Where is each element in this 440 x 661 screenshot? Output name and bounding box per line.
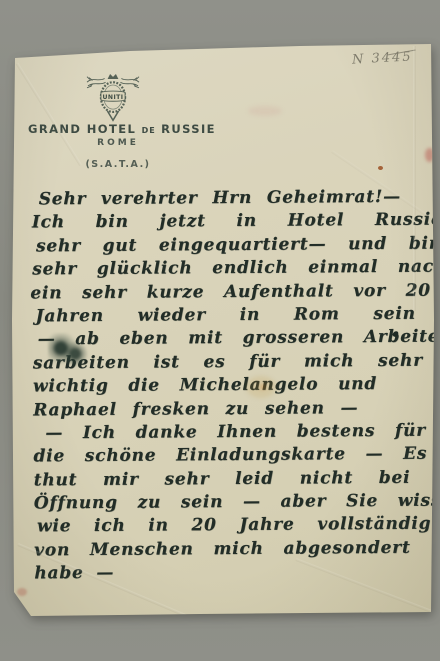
ink-blot: [48, 333, 88, 369]
red-smudge: [425, 148, 434, 162]
letterhead: GRAND HOTEL DE RUSSIE ROME (S.A.T.A.): [28, 122, 208, 170]
handwriting-line: Öffnung zu sein — aber Sie wissen: [34, 490, 434, 516]
rust-speck: [378, 166, 383, 170]
handwriting-line: — ab eben mit grosseren Arbeiten: [38, 326, 433, 352]
handwriting-line: Jahren wieder in Rom sein —: [35, 303, 432, 329]
handwriting-line: — Ich danke Ihnen bestens für: [45, 420, 433, 446]
age-stain: [246, 376, 276, 398]
paper-crease: [413, 46, 416, 311]
handwriting-line: thut mir sehr leid nicht bei: [34, 466, 434, 492]
hotel-name-part1: GRAND HOTEL: [28, 122, 136, 136]
hotel-city: ROME: [28, 138, 208, 148]
handwriting-line: Ich bin jetzt in Hotel Russie: [32, 209, 432, 235]
handwriting-line: Sehr verehrter Hrn Geheimrat!—: [39, 186, 432, 212]
handwriting-line: die schöne Einladungskarte — Es: [33, 443, 433, 469]
letter-paper-shadow: UNITI GRAND HOTEL DE RUSSIE ROME (S.A.T.…: [0, 0, 440, 661]
hotel-org-abbreviation: (S.A.T.A.): [28, 159, 208, 170]
faint-stain: [248, 106, 282, 116]
hotel-name-part3: RUSSIE: [161, 122, 216, 136]
handwriting-line: sehr gut eingequartiert— und bin: [36, 232, 432, 258]
photo-backdrop: UNITI GRAND HOTEL DE RUSSIE ROME (S.A.T.…: [0, 0, 440, 661]
handwriting-line: sarbeiten ist es für mich sehr: [33, 349, 433, 375]
letter-paper: UNITI GRAND HOTEL DE RUSSIE ROME (S.A.T.…: [0, 0, 440, 661]
handwriting-line: habe —: [34, 560, 434, 586]
handwriting-line: von Menschen mich abgesondert: [34, 536, 434, 562]
handwriting-line: wichtig die Michelangelo und: [33, 373, 433, 399]
handwriting-line: wie ich in 20 Jahre vollständig: [37, 513, 434, 539]
handwriting-line: Raphael fresken zu sehen —: [33, 396, 433, 422]
corner-stain: [17, 588, 27, 596]
crest-motto: UNITI: [102, 94, 123, 101]
handwriting-line: ein sehr kurze Aufenthalt vor 20: [30, 279, 432, 305]
handwritten-letter-body: Sehr verehrter Hrn Geheimrat!— Ich bin j…: [32, 186, 435, 586]
handwriting-line: sehr glücklich endlich einmal nach: [32, 256, 432, 282]
hotel-crest: UNITI: [84, 72, 142, 124]
hotel-name-part2: DE: [142, 126, 156, 135]
catalog-number-note: N 3445: [352, 49, 413, 67]
